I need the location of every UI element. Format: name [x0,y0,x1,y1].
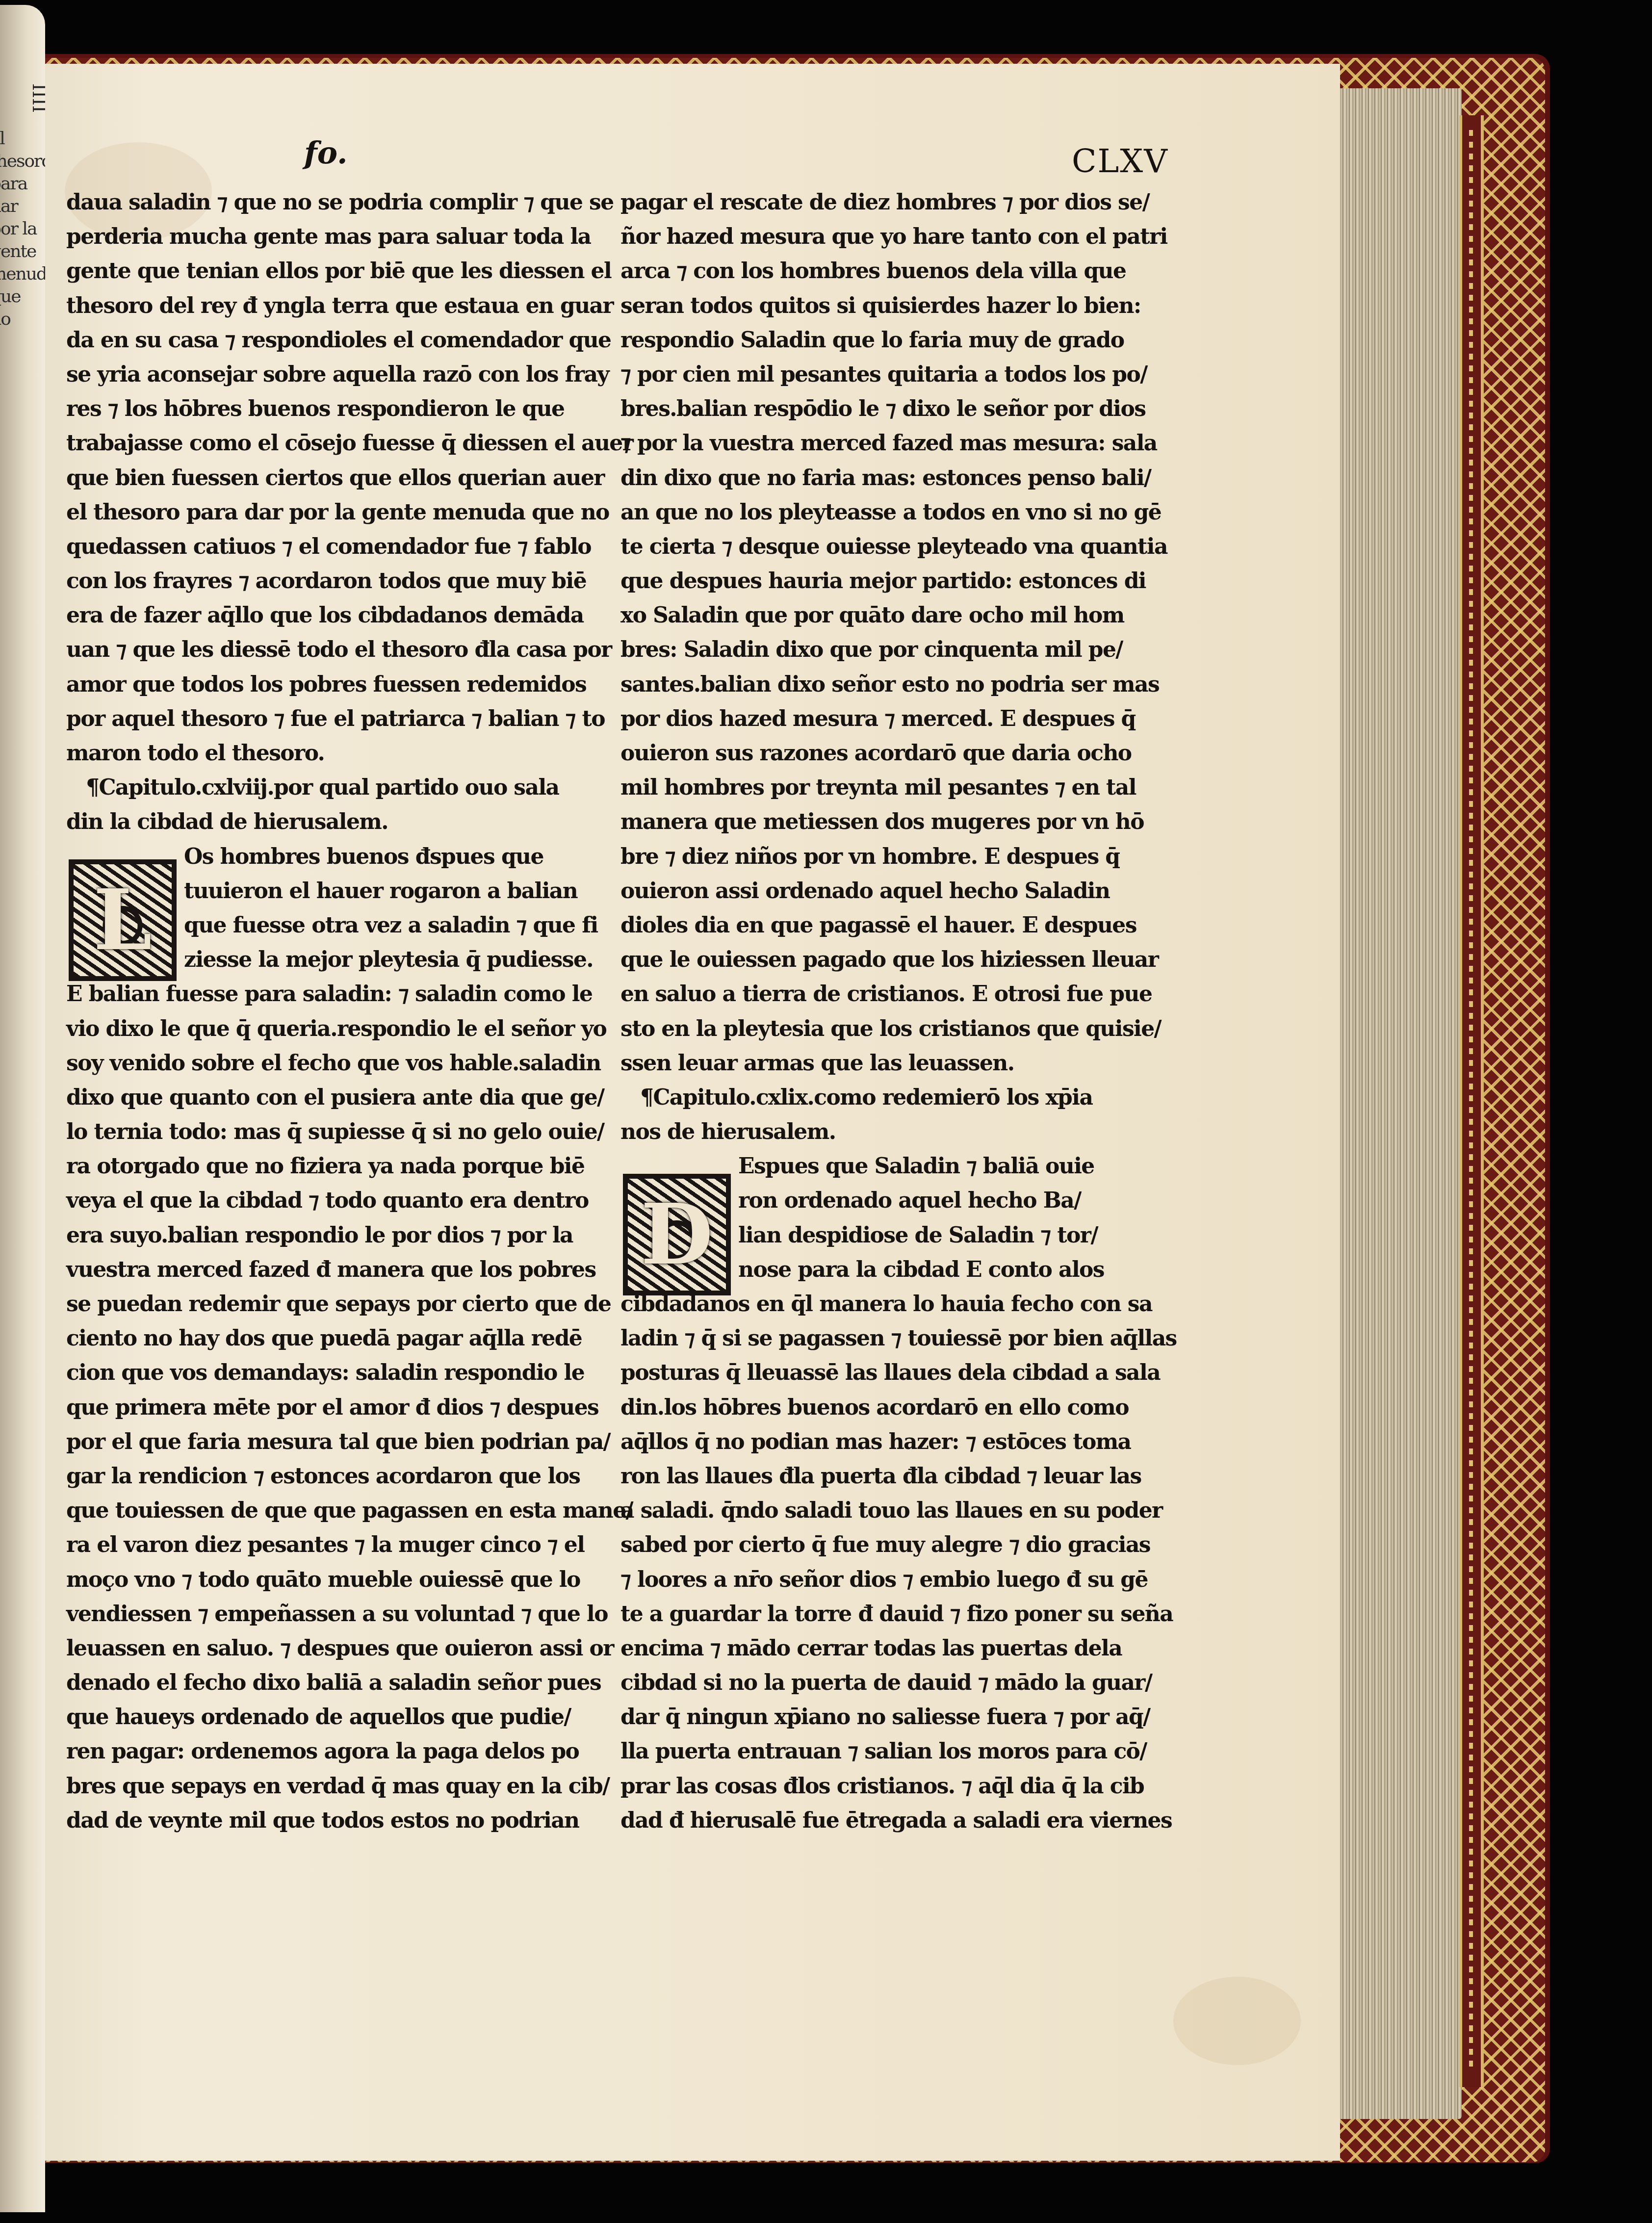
text-line: ouieron sus razones acordarō que daria o… [620,736,1170,771]
text-line: respondio Saladin que lo faria muy de gr… [620,323,1170,358]
chapter-heading-line: ¶Capitulo.cxlix.como redemierō los xp̄ia [620,1081,1170,1115]
text-line: ⁊ por cien mil pesantes quitaria a todos… [620,358,1170,392]
text-line: ⁊ por la vuestra merced fazed mas mesura… [620,426,1170,461]
text-line: mil hombres por treynta mil pesantes ⁊ e… [620,771,1170,805]
text-line: gente que tenian ellos por biē que les d… [66,254,586,288]
text-line: bres que sepays en verdad q̄ mas quay en… [66,1769,586,1804]
text-line: moço vno ⁊ todo quāto mueble ouiessē que… [66,1563,586,1597]
text-line: ren pagar: ordenemos agora la paga delos… [66,1734,586,1769]
text-line: thesoro del rey đ yngla terra que estaua… [66,289,586,323]
text-column-right: pagar el rescate de diez hombres ⁊ por d… [620,185,1170,1838]
text-line: prar las cosas đlos cristianos. ⁊ aq̄l d… [620,1769,1170,1804]
text-line: en saluo a tierra de cristianos. E otros… [620,977,1170,1011]
folio-label: fo. [304,135,348,171]
text-line: te a guardar la torre đ dauid ⁊ fizo pon… [620,1597,1170,1631]
chapter-heading-line: ¶Capitulo.cxlviij.por qual partido ouo s… [66,771,586,805]
text-line: dad đ hierusalē fue ētregada a saladi er… [620,1804,1170,1838]
text-line: pagar el rescate de diez hombres ⁊ por d… [620,185,1170,220]
text-line: vio dixo le que q̄ queria.respondio le e… [66,1012,586,1046]
text-line: E balian fuesse para saladin: ⁊ saladin … [66,977,586,1011]
text-line: cion que vos demandays: saladin respondi… [66,1356,586,1390]
text-line: din la cibdad de hierusalem. [66,805,586,839]
text-line: que touiessen de que que pagassen en est… [66,1494,586,1528]
text-line: sto en la pleytesia que los cristianos q… [620,1012,1170,1046]
text-line: maron todo el thesoro. [66,736,586,771]
text-line: quedassen catiuos ⁊ el comendador fue ⁊ … [66,530,586,564]
text-line: nos de hierusalem. [620,1115,1170,1149]
paper-stain [1173,1977,1301,2065]
text-line: era suyo.balian respondio le por dios ⁊ … [66,1218,586,1253]
text-line: uan ⁊ que les diessē todo el thesoro đla… [66,633,586,667]
text-line: an que no los pleyteasse a todos en vno … [620,495,1170,530]
text-line: gar la rendicion ⁊ estonces acordaron qu… [66,1459,586,1494]
text-line: ladin ⁊ q̄ si se pagassen ⁊ touiessē por… [620,1321,1170,1356]
text-line: denado el fecho dixo baliā a saladin señ… [66,1666,586,1700]
text-line: trabajasse como el cōsejo fuesse q̄ dies… [66,426,586,461]
text-line: con los frayres ⁊ acordaron todos que mu… [66,564,586,598]
text-line: te cierta ⁊ desque ouiesse pleyteado vna… [620,530,1170,564]
text-line: seran todos quitos si quisierdes hazer l… [620,289,1170,323]
text-line: din dixo que no faria mas: estonces pens… [620,461,1170,495]
woodcut-initial-l: L [69,859,177,981]
text-line: ouieron assi ordenado aquel hecho Saladi… [620,874,1170,908]
text-line: ssen leuar armas que las leuassen. [620,1046,1170,1081]
text-line: bre ⁊ diez niños por vn hombre. E despue… [620,840,1170,874]
text-line: ⁊ loores a nr̄o señor dios ⁊ embio luego… [620,1563,1170,1597]
text-line: santes.balian dixo señor esto no podria … [620,668,1170,702]
text-line: vuestra merced fazed đ manera que los po… [66,1253,586,1287]
text-line: encima ⁊ mādo cerrar todas las puertas d… [620,1631,1170,1666]
gilt-inner-rule [1459,115,1484,2087]
text-line: daua saladin ⁊ que no se podria complir … [66,185,586,220]
text-line: a saladi. q̄ndo saladi touo las llaues e… [620,1494,1170,1528]
initial-letter: D [628,1179,726,1291]
text-line: soy venido sobre el fecho que vos hable.… [66,1046,586,1081]
text-line: ciento no hay dos que puedā pagar aq̄lla… [66,1321,586,1356]
text-line: dad de veynte mil que todos estos no pod… [66,1804,586,1838]
initial-letter: L [74,864,172,976]
text-line: bres.balian respōdio le ⁊ dixo le señor … [620,392,1170,426]
text-line: dar q̄ ningun xp̄iano no saliesse fuera … [620,1700,1170,1734]
folio-number: CLXV [1072,142,1168,180]
text-line: que primera mēte por el amor đ dios ⁊ de… [66,1391,586,1425]
text-line: ñor hazed mesura que yo hare tanto con e… [620,220,1170,254]
text-line: por aquel thesoro ⁊ fue el patriarca ⁊ b… [66,702,586,736]
text-line: veya el que la cibdad ⁊ todo quanto era … [66,1184,586,1218]
text-line: din.los hōbres buenos acordarō en ello c… [620,1391,1170,1425]
text-line: amor que todos los pobres fuessen redemi… [66,668,586,702]
text-column-left: daua saladin ⁊ que no se podria complir … [66,185,586,1838]
woodcut-initial-d: D [623,1174,731,1295]
previous-page-text-fragment: el thesoro para dar por la gente menuda … [0,128,39,331]
text-line: que le ouiessen pagado que los hiziessen… [620,943,1170,977]
text-line: se yria aconsejar sobre aquella razō con… [66,358,586,392]
previous-page-curl: IIII el thesoro para dar por la gente me… [0,5,45,2212]
text-line: cibdad si no la puerta de dauid ⁊ mādo l… [620,1666,1170,1700]
text-line: posturas q̄ lleuassē las llaues dela cib… [620,1356,1170,1390]
text-line: ra el varon diez pesantes ⁊ la muger cin… [66,1528,586,1562]
text-line: perderia mucha gente mas para saluar tod… [66,220,586,254]
text-line: que bien fuessen ciertos que ellos queri… [66,461,586,495]
text-line: arca ⁊ con los hombres buenos dela villa… [620,254,1170,288]
text-line: que despues hauria mejor partido: estonc… [620,564,1170,598]
previous-folio-number: IIII [28,83,45,113]
text-line: era de fazer aq̄llo que los cibdadanos d… [66,598,586,633]
page-block-fore-edge [1334,88,1462,2119]
text-line: dioles dia en que pagassē el hauer. E de… [620,908,1170,943]
text-line: lla puerta entrauan ⁊ salian los moros p… [620,1734,1170,1769]
text-line: el thesoro para dar por la gente menuda … [66,495,586,530]
text-line: manera que metiessen dos mugeres por vn … [620,805,1170,839]
text-line: vendiessen ⁊ empeñassen a su voluntad ⁊ … [66,1597,586,1631]
text-line: se puedan redemir que sepays por cierto … [66,1287,586,1321]
text-line: sabed por cierto q̄ fue muy alegre ⁊ dio… [620,1528,1170,1562]
text-line: xo Saladin que por quāto dare ocho mil h… [620,598,1170,633]
text-line: ron las llaues đla puerta đla cibdad ⁊ l… [620,1459,1170,1494]
text-line: res ⁊ los hōbres buenos respondieron le … [66,392,586,426]
text-line: da en su casa ⁊ respondioles el comendad… [66,323,586,358]
text-line: bres: Saladin dixo que por cinquenta mil… [620,633,1170,667]
text-line: leuassen en saluo. ⁊ despues que ouieron… [66,1631,586,1666]
text-line: que haueys ordenado de aquellos que pudi… [66,1700,586,1734]
text-line: por el que faria mesura tal que bien pod… [66,1425,586,1459]
text-line: ra otorgado que no fiziera ya nada porqu… [66,1149,586,1184]
text-line: lo ternia todo: mas q̄ supiesse q̄ si no… [66,1115,586,1149]
text-line: por dios hazed mesura ⁊ merced. E despue… [620,702,1170,736]
text-line: dixo que quanto con el pusiera ante dia … [66,1081,586,1115]
text-line: aq̄llos q̄ no podian mas hazer: ⁊ estōce… [620,1425,1170,1459]
